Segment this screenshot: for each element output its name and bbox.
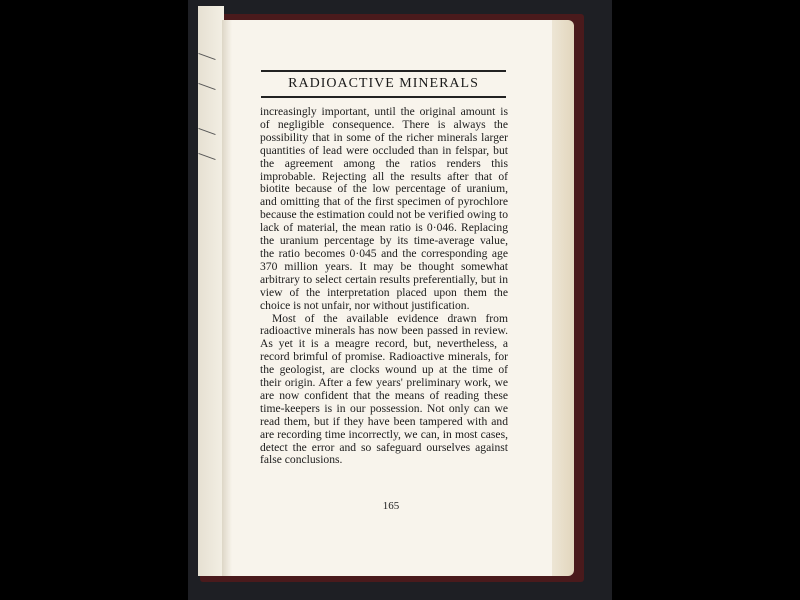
paragraph-1: increasingly important, until the origin… <box>260 106 508 313</box>
facing-page-mark <box>198 53 215 60</box>
running-head: RADIOACTIVE MINERALS <box>261 76 506 92</box>
facing-page-mark <box>198 128 215 135</box>
header-rule-bottom <box>261 96 506 98</box>
facing-page-edge <box>198 6 224 576</box>
facing-page-mark <box>198 83 215 90</box>
paragraph-2: Most of the available evidence drawn fro… <box>260 313 508 468</box>
page-gutter <box>222 20 232 576</box>
page-body: increasingly important, until the origin… <box>260 106 508 467</box>
page-number: 165 <box>376 500 406 512</box>
header-rule-top <box>261 70 506 72</box>
facing-page-mark <box>198 153 215 160</box>
